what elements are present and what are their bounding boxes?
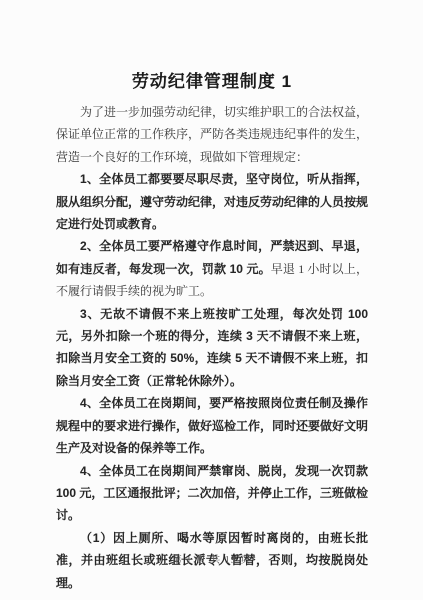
paragraph: 4、全体员工在岗期间严禁窜岗、脱岗，发现一次罚款 100 元，工区通报批评；二次… [56, 460, 368, 527]
text-segment: 为了进一步加强劳动纪律，切实维护职工的合法权益，保证单位正常的工作秩序，严防各类… [56, 105, 368, 164]
paragraph: 3、无故不请假不来上班按旷工处理，每次处罚 100 元，另外扣除一个班的得分，连… [56, 303, 368, 393]
paragraph: 1、全体员工都要要尽职尽责，坚守岗位，听从指挥，服从组织分配，遵守劳动纪律，对违… [56, 168, 368, 235]
text-segment: 3、无故不请假不来上班按旷工处理，每次处罚 100 元，另外扣除一个班的得分，连… [56, 307, 368, 388]
document-page: 劳动纪律管理制度 1 为了进一步加强劳动纪律，切实维护职工的合法权益，保证单位正… [0, 0, 423, 600]
paragraph: 为了进一步加强劳动纪律，切实维护职工的合法权益，保证单位正常的工作秩序，严防各类… [56, 101, 368, 168]
text-segment: 4、全体员工在岗期间，要严格按照岗位责任制及操作规程中的要求进行操作，做好巡检工… [56, 396, 368, 455]
document-body: 为了进一步加强劳动纪律，切实维护职工的合法权益，保证单位正常的工作秩序，严防各类… [56, 101, 368, 594]
page-number-footer: 第 1 页 共 19 页 [0, 551, 423, 566]
paragraph: 2、全体员工要严格遵守作息时间，严禁迟到、早退，如有违反者，每发现一次，罚款 1… [56, 235, 368, 302]
page-title: 劳动纪律管理制度 1 [56, 70, 368, 94]
text-segment: 1、全体员工都要要尽职尽责，坚守岗位，听从指挥，服从组织分配，遵守劳动纪律，对违… [56, 172, 368, 231]
paragraph: 4、全体员工在岗期间，要严格按照岗位责任制及操作规程中的要求进行操作，做好巡检工… [56, 392, 368, 459]
document-content: 劳动纪律管理制度 1 为了进一步加强劳动纪律，切实维护职工的合法权益，保证单位正… [56, 70, 368, 594]
text-segment: 4、全体员工在岗期间严禁窜岗、脱岗，发现一次罚款 100 元，工区通报批评；二次… [56, 464, 368, 523]
